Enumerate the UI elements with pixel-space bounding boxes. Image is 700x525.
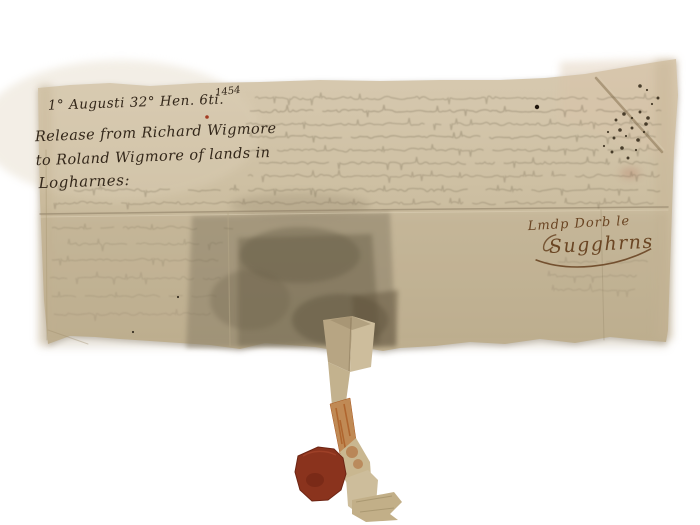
ink-speck xyxy=(535,105,539,109)
ink-dot xyxy=(643,131,645,133)
photo-of-parchment-deed: 1° Augusti 32° Hen. 6ti. 1454 Release fr… xyxy=(0,0,700,525)
small-speck-1 xyxy=(177,296,179,298)
deed-scene: 1° Augusti 32° Hen. 6ti. 1454 Release fr… xyxy=(0,0,700,525)
rust-mottle-1 xyxy=(346,446,358,458)
ink-dot xyxy=(639,111,642,114)
ink-dot xyxy=(635,149,637,151)
ink-dot xyxy=(622,112,626,116)
ink-dot xyxy=(627,157,630,160)
wax-dark-core xyxy=(306,473,324,487)
ink-dot xyxy=(651,103,653,105)
ink-dot xyxy=(646,116,650,120)
ink-dot xyxy=(636,138,640,142)
ink-dot xyxy=(625,135,627,137)
rust-mottle-2 xyxy=(353,459,363,469)
ink-dot xyxy=(657,97,660,100)
red-speck xyxy=(205,115,209,119)
small-speck-2 xyxy=(132,331,134,333)
ink-dot xyxy=(631,127,634,130)
ink-dot xyxy=(646,89,648,91)
dark-blotch-3 xyxy=(210,270,290,330)
ink-dot xyxy=(620,146,624,150)
ink-dot xyxy=(611,151,614,154)
ink-dot xyxy=(618,128,622,132)
ink-dot xyxy=(613,137,616,140)
ink-dot xyxy=(644,122,648,126)
ink-dot xyxy=(615,119,618,122)
wax-seal-remnant xyxy=(295,447,346,501)
annotation-summary-line3: Logharnes: xyxy=(37,171,130,192)
ink-dot xyxy=(607,131,609,133)
ink-dot xyxy=(631,117,633,119)
ink-dot xyxy=(603,145,605,147)
parchment-sheet: 1° Augusti 32° Hen. 6ti. 1454 Release fr… xyxy=(0,58,678,351)
ink-dot xyxy=(638,84,642,88)
